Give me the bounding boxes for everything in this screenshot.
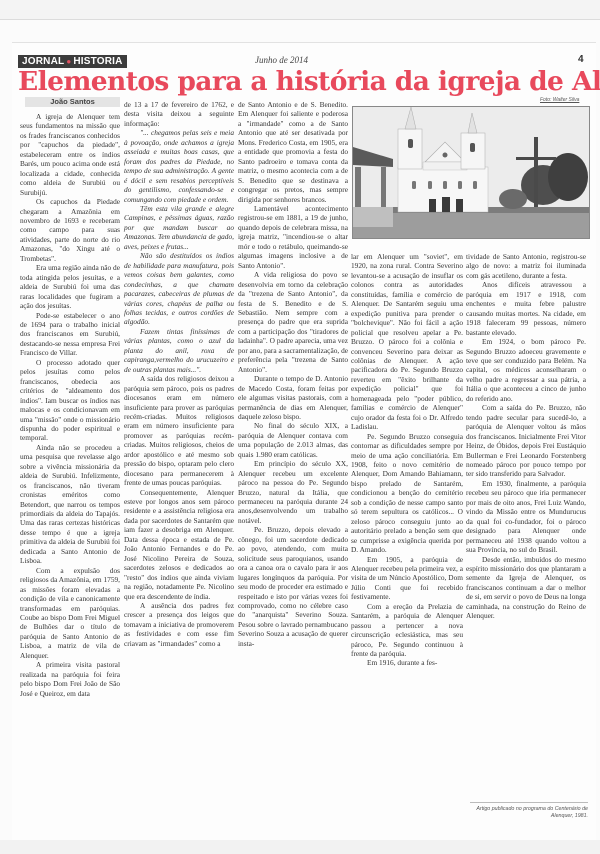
paragraph: A ausência dos padres fez crescer a pres… [124,601,234,648]
paragraph: Pe. Segundo Bruzzo conseguia contornar a… [351,432,463,555]
paragraph: Em 1930, finalmente, a paróquia recebeu … [466,479,586,555]
paragraph-continuation: tividade de Santo Antonio, registrou-se … [466,252,586,280]
paragraph: A primeira visita pastoral realizada na … [20,660,120,698]
article-column-1: A igreja de Alenquer tem seus fundamento… [20,112,120,698]
paragraph: Durante o tempo de D. Antonio de Macedo … [238,374,348,421]
paragraph: Pe. Bruzzo, depois elevado a cônego, foi… [238,525,348,648]
quote-paragraph: Têm esta vila grande e alegre Campinas, … [124,204,234,251]
quote-paragraph: Não são destituídos os índios de habilid… [124,251,234,327]
paragraph: Em princípio do século XX, Alenquer rece… [238,459,348,525]
scan-top-margin [0,0,600,20]
paragraph: Com a saída do Pe. Bruzzo, não tendo pad… [466,403,586,479]
article-headline: Elementos para a história da igreja de A… [18,66,593,98]
paragraph: O processo adotado quer pelos jesuítas c… [20,358,120,443]
paragraph: Em 1905, a paróquia de Alenquer recebeu … [351,555,463,602]
church-photo [352,106,590,239]
issue-date: Junho de 2014 [255,55,308,65]
paragraph: Em 1924, o bom pároco Pe. Segundo Bruzzo… [466,337,586,403]
scan-bottom-margin [0,840,600,854]
paragraph: Pode-se estabelecer o ano de 1694 para o… [20,311,120,358]
paragraph: Os capuchos da Piedade chegaram a Amazôn… [20,197,120,263]
page-number: 4 [578,54,584,65]
paragraph: Com a ereção da Prelazia de Santarém, a … [351,602,463,659]
article-column-3: de Santo Antonio e de S. Benedito. Em Al… [238,100,348,648]
paragraph: A igreja de Alenquer tem seus fundamento… [20,112,120,197]
paragraph: Desde então, imbuídos do mesmo espírito … [466,555,586,621]
paragraph: Anos difíceis atravessou a paróquia em 1… [466,280,586,337]
quote-paragraph: "... chegamos pelas seis e meia à povoaç… [124,128,234,204]
paragraph: A saída dos religiosos deixou a paróquia… [124,374,234,487]
paragraph: Era uma região ainda não de toda atingid… [20,263,120,310]
photo-credit: Foto: Walter Silva [540,97,579,103]
paragraph: Lamentável acontecimento registrou-se em… [238,204,348,270]
quote-paragraph: Fazem tintas finíssimas de várias planta… [124,327,234,374]
paragraph-continuation: lar em Alenquer um "soviet", em 1920, na… [351,252,463,432]
paragraph-continuation: de 13 a 17 de fevereiro de 1762, e desta… [124,100,234,128]
article-footnote: Artigo publicado no programa do Centenár… [470,802,588,819]
church-illustration-icon [353,107,590,239]
paragraph-continuation: de Santo Antonio e de S. Benedito. Em Al… [238,100,348,204]
article-column-4: lar em Alenquer um "soviet", em 1920, na… [351,252,463,668]
paragraph: Em 1916, durante a fes- [351,658,463,667]
paragraph: A vida religiosa do povo se desenvolvia … [238,270,348,374]
author-byline: João Santos [25,97,120,107]
article-column-2: de 13 a 17 de fevereiro de 1762, e desta… [124,100,234,648]
paragraph: Ainda não se procedeu a uma pesquisa que… [20,443,120,566]
paragraph: No final do século XIX, a paróquia de Al… [238,421,348,459]
paragraph: Com a expulsão dos religiosos da Amazôni… [20,566,120,661]
paragraph: Consequentemente, Alenquer esteve por lo… [124,488,234,601]
article-column-5: tividade de Santo Antonio, registrou-se … [466,252,586,621]
